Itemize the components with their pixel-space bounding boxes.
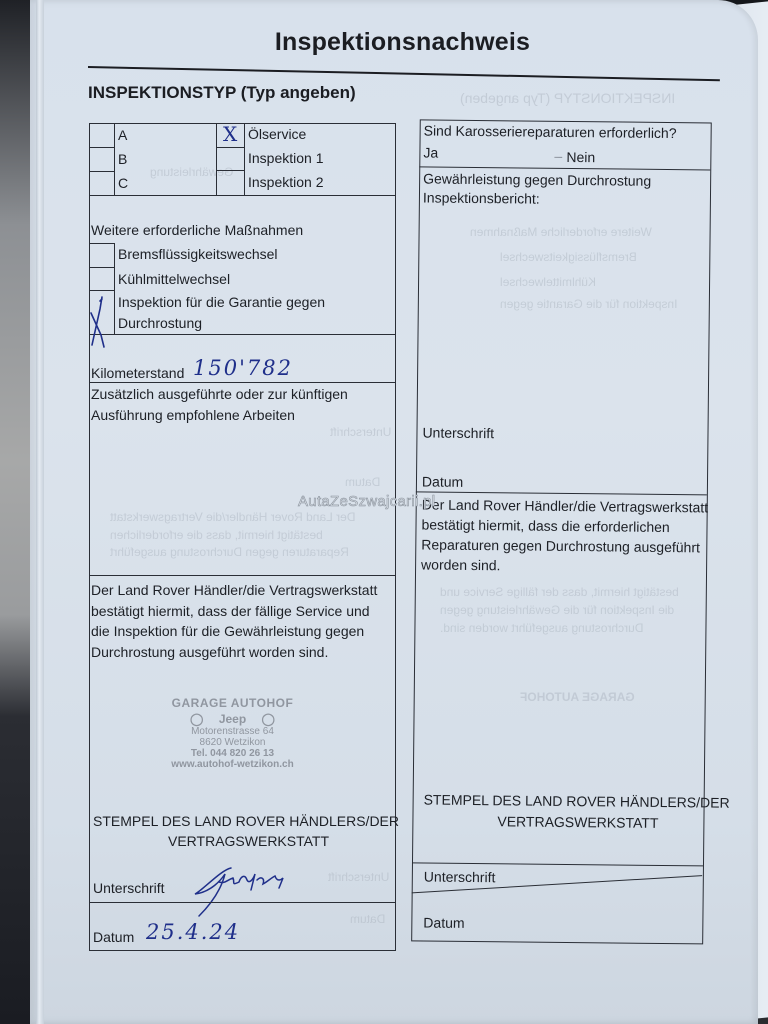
body-repair-question: Sind Karosseriereparaturen erforderlich? (424, 122, 677, 141)
signature-label: Unterschrift (422, 424, 494, 441)
date-field[interactable] (475, 465, 695, 493)
right-form: Sind Karosseriereparaturen erforderlich?… (0, 0, 768, 1024)
signature-label-2: Unterschrift (424, 868, 496, 885)
signature-field[interactable] (515, 415, 695, 447)
date-label-2: Datum (423, 914, 464, 931)
yes-option[interactable]: Ja (423, 144, 438, 160)
stamp-label: STEMPEL DES LAND ROVER HÄNDLERS/DER (424, 791, 730, 810)
warranty-heading: Gewährleistung gegen Durchrostung (423, 170, 651, 188)
inspection-report-label: Inspektionsbericht: (423, 189, 540, 206)
date-label: Datum (422, 473, 463, 490)
date-field-2[interactable] (480, 905, 690, 935)
dealer-stamp-area[interactable] (414, 584, 704, 782)
no-option[interactable]: Nein (566, 149, 595, 165)
repair-confirmation-text: Der Land Rover Händler/die Vertragswerks… (421, 494, 708, 577)
inspection-report-field[interactable] (418, 209, 708, 417)
signature-field-2[interactable] (511, 865, 691, 893)
confirmation-line: worden sind. (421, 554, 708, 577)
watermark: AutaZeSzwajcarii.pl (298, 493, 435, 510)
no-option-mark: – (554, 148, 562, 164)
stamp-label-line2: VERTRAGSWERKSTATT (497, 813, 658, 831)
